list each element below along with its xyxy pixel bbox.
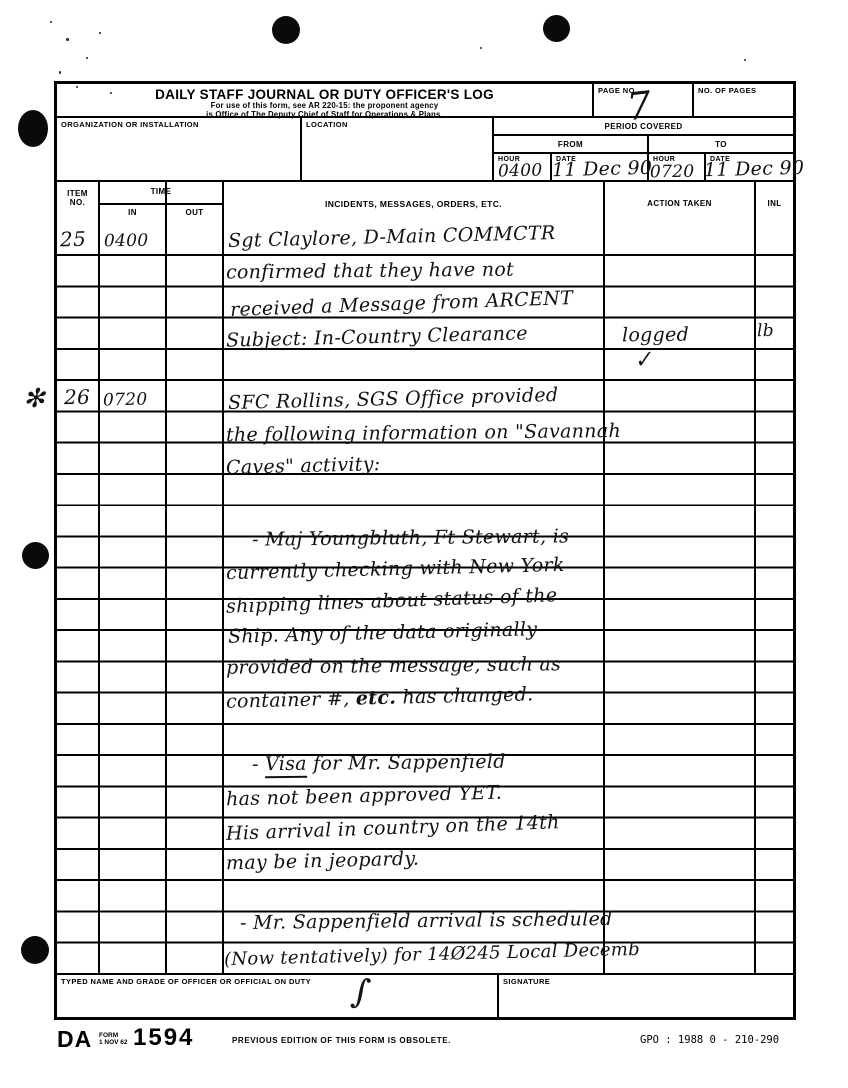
punch-hole: [22, 542, 49, 569]
no-label: NO.: [57, 198, 98, 207]
scan-speck: [59, 71, 61, 74]
action-taken-value: logged: [622, 324, 689, 347]
form-title-block: DAILY STAFF JOURNAL OR DUTY OFFICER'S LO…: [57, 84, 592, 116]
form-title: DAILY STAFF JOURNAL OR DUTY OFFICER'S LO…: [57, 87, 592, 102]
in-label: IN: [100, 208, 165, 217]
journal-line: - Mr. Sappenfield arrival is scheduled: [240, 908, 613, 934]
journal-line: the following information on "Savannah: [226, 420, 621, 446]
organization-cell: ORGANIZATION OR INSTALLATION: [57, 118, 300, 180]
scan-speck: [744, 59, 746, 61]
punch-hole: [18, 110, 48, 147]
punch-hole: [272, 16, 300, 44]
journal-line-text: for Mr. Sappenfield: [307, 751, 506, 775]
da-form-1594: DAILY STAFF JOURNAL OR DUTY OFFICER'S LO…: [54, 81, 796, 1020]
item-label: ITEM: [57, 189, 98, 198]
form-header-row: DAILY STAFF JOURNAL OR DUTY OFFICER'S LO…: [57, 84, 793, 118]
location-cell: LOCATION: [300, 118, 492, 180]
action-taken-header: ACTION TAKEN: [605, 182, 754, 225]
typed-name-label: TYPED NAME AND GRADE OF OFFICER OR OFFIC…: [57, 975, 497, 986]
scan-speck: [480, 47, 482, 49]
signature-cell: SIGNATURE: [497, 975, 793, 1017]
location-label: LOCATION: [302, 118, 492, 129]
scan-speck: [86, 57, 88, 59]
from-hour-value: 0400: [498, 160, 543, 181]
incidents-header: INCIDENTS, MESSAGES, ORDERS, ETC.: [224, 182, 603, 225]
journal-line-emphasis: etc.: [356, 687, 397, 710]
time-out-header: OUT: [167, 203, 222, 225]
scan-speck: [66, 38, 69, 41]
item-number: 25: [60, 227, 87, 252]
to-label: TO: [649, 140, 793, 149]
typed-name-cell: TYPED NAME AND GRADE OF OFFICER OR OFFIC…: [57, 975, 497, 1017]
to-date-value: 11 Dec 90: [704, 157, 805, 181]
item-number: 26: [64, 385, 90, 409]
organization-label: ORGANIZATION OR INSTALLATION: [57, 118, 300, 129]
footer-form-edition: FORM 1 NOV 62: [99, 1032, 128, 1047]
action-taken-label: ACTION TAKEN: [605, 199, 754, 208]
from-to-row: FROM TO: [494, 136, 793, 154]
journal-line-underlined: Visa: [265, 753, 307, 778]
from-date-value: 11 Dec 90: [552, 157, 653, 181]
to-cell: TO: [647, 136, 793, 152]
from-label: FROM: [494, 140, 647, 149]
item-no-header: ITEM NO.: [57, 182, 98, 225]
journal-line-text: provided on the message, such as: [226, 653, 561, 679]
journal-line: provided on the message, such as: [226, 653, 561, 679]
to-hour-value: 0720: [650, 162, 695, 182]
footer-gpo-number: GPO : 1988 0 - 210-290: [640, 1034, 779, 1046]
no-of-pages-label: NO. OF PAGES: [694, 84, 793, 95]
time-label: TIME: [100, 187, 222, 196]
inl-label: INL: [756, 199, 793, 208]
journal-line: - Maj Youngbluth, Ft Stewart, is: [252, 525, 569, 550]
inl-header: INL: [756, 182, 793, 225]
journal-line-text: container #,: [226, 688, 356, 713]
journal-line: Caves" activity:: [226, 453, 381, 479]
footer-form-number: 1594: [133, 1024, 194, 1052]
signature-label: SIGNATURE: [499, 975, 793, 986]
margin-star-mark: ✻: [23, 384, 46, 415]
journal-line-text: has changed.: [396, 683, 534, 708]
time-header: TIME: [100, 182, 222, 203]
footer-form-date: 1 NOV 62: [99, 1039, 128, 1046]
journal-line: confirmed that they have not: [226, 258, 514, 283]
journal-line-text: -: [252, 753, 265, 775]
journal-line: - Visa for Mr. Sappenfield: [252, 751, 506, 776]
signature-row: TYPED NAME AND GRADE OF OFFICER OR OFFIC…: [57, 975, 793, 1017]
scan-speck: [99, 32, 101, 34]
footer-form-word: FORM: [99, 1032, 128, 1039]
footer-da: DA: [57, 1026, 92, 1053]
time-in-value: 0400: [104, 231, 149, 251]
handwritten-page-number: 7: [625, 83, 654, 129]
punch-hole: [21, 936, 49, 964]
action-flourish-mark: ✓: [632, 347, 655, 375]
time-in-value: 0720: [103, 389, 148, 410]
from-cell: FROM: [494, 136, 647, 152]
time-in-header: IN: [100, 203, 165, 225]
incidents-label: INCIDENTS, MESSAGES, ORDERS, ETC.: [224, 199, 603, 209]
punch-hole: [543, 15, 570, 42]
scan-speck: [50, 21, 52, 23]
journal-line: may be in jeopardy.: [226, 848, 420, 875]
scanned-document-page: DAILY STAFF JOURNAL OR DUTY OFFICER'S LO…: [0, 0, 848, 1088]
inl-initials: lb: [757, 321, 774, 341]
out-label: OUT: [167, 208, 222, 217]
no-of-pages-cell: NO. OF PAGES: [692, 84, 793, 116]
footer-obsolete-note: PREVIOUS EDITION OF THIS FORM IS OBSOLET…: [232, 1036, 451, 1045]
